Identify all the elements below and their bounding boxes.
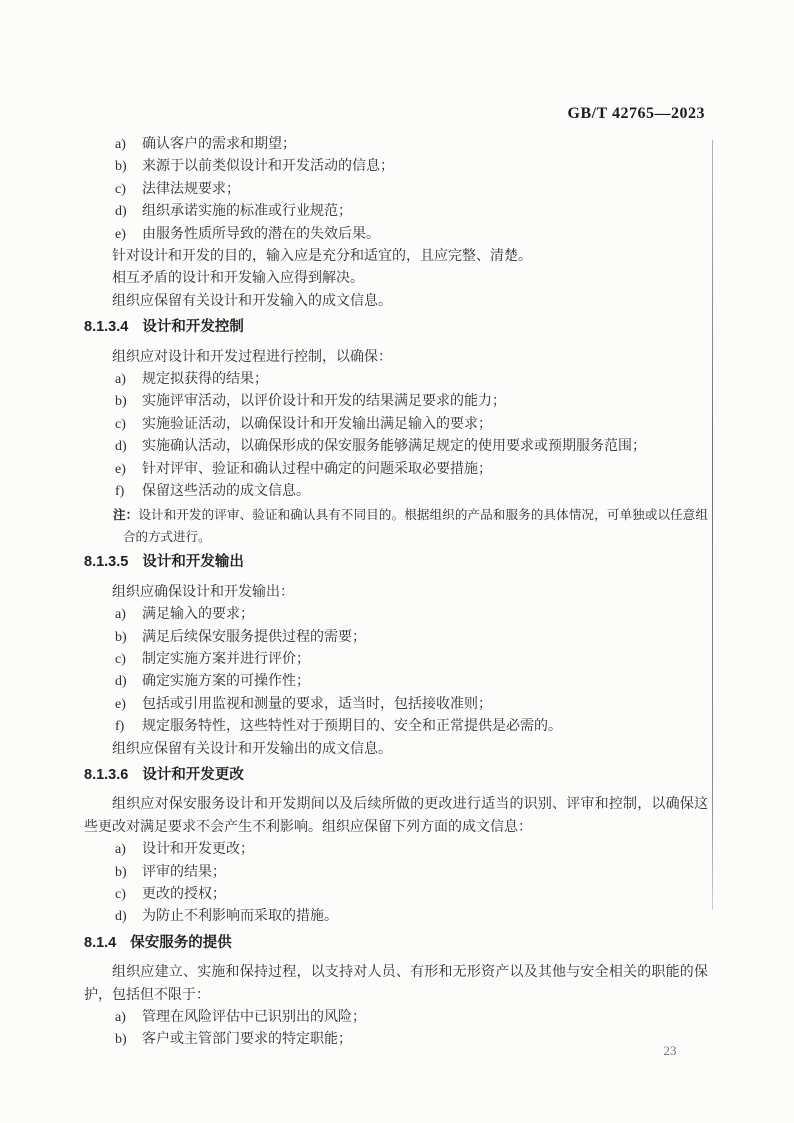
- note-label: 注：: [113, 508, 138, 522]
- paragraph: 组织应建立、实施和保持过程，以支持对人员、有形和无形资产以及其他与安全相关的职能…: [84, 962, 708, 1007]
- paragraph: 相互矛盾的设计和开发输入应得到解决。: [84, 268, 708, 290]
- list-item-text: 来源于以前类似设计和开发活动的信息；: [142, 156, 708, 178]
- list-item-label: a): [115, 839, 142, 861]
- list-item: e) 针对评审、验证和确认过程中确定的问题采取必要措施；: [84, 459, 708, 481]
- list-item-text: 实施确认活动，以确保形成的保安服务能够满足规定的使用要求或预期服务范围；: [142, 436, 708, 458]
- list-item: b) 满足后续保安服务提供过程的需要；: [84, 627, 708, 649]
- list-item-text: 确定实施方案的可操作性；: [142, 671, 708, 693]
- document-page: GB/T 42765—2023 a) 确认客户的需求和期望； b) 来源于以前类…: [0, 0, 794, 1123]
- section-title: 设计和开发控制: [142, 319, 244, 335]
- section-number: 8.1.4: [84, 935, 116, 951]
- list-item: e) 由服务性质所导致的潜在的失效后果。: [84, 224, 708, 246]
- list-item: a) 满足输入的要求；: [84, 604, 708, 626]
- list-item-label: e): [115, 459, 142, 481]
- section-heading-8135: 8.1.3.5设计和开发输出: [84, 551, 708, 573]
- list-item-text: 为防止不利影响而采取的措施。: [142, 906, 708, 928]
- list-item-label: a): [115, 1007, 142, 1029]
- list-item-text: 法律法规要求；: [142, 179, 708, 201]
- note-text: 设计和开发的评审、验证和确认具有不同目的。根据组织的产品和服务的具体情况，可单独…: [123, 508, 708, 544]
- list-item-label: b): [115, 627, 142, 649]
- note: 注：设计和开发的评审、验证和确认具有不同目的。根据组织的产品和服务的具体情况，可…: [113, 504, 708, 549]
- paragraph: 组织应保留有关设计和开发输入的成文信息。: [84, 291, 708, 313]
- list-item-label: c): [115, 414, 142, 436]
- list-item-label: c): [115, 884, 142, 906]
- paragraph: 组织应保留有关设计和开发输出的成文信息。: [84, 739, 708, 761]
- list-item-text: 针对评审、验证和确认过程中确定的问题采取必要措施；: [142, 459, 708, 481]
- list-item-label: d): [115, 201, 142, 223]
- list-item-text: 实施评审活动，以评价设计和开发的结果满足要求的能力；: [142, 391, 708, 413]
- list-item: a) 规定拟获得的结果；: [84, 369, 708, 391]
- list-item-label: b): [115, 862, 142, 884]
- list-item-text: 规定服务特性，这些特性对于预期目的、安全和正常提供是必需的。: [142, 716, 708, 738]
- list-item-label: e): [115, 694, 142, 716]
- section-heading-8136: 8.1.3.6设计和开发更改: [84, 764, 708, 786]
- list-item: d) 实施确认活动，以确保形成的保安服务能够满足规定的使用要求或预期服务范围；: [84, 436, 708, 458]
- list-item-text: 实施验证活动，以确保设计和开发输出满足输入的要求；: [142, 414, 708, 436]
- section-heading-8134: 8.1.3.4设计和开发控制: [84, 316, 708, 338]
- list-item-label: d): [115, 671, 142, 693]
- list-item-label: a): [115, 134, 142, 156]
- list-item: c) 法律法规要求；: [84, 179, 708, 201]
- section-title: 设计和开发更改: [142, 767, 244, 783]
- list-item-label: a): [115, 604, 142, 626]
- list-item: a) 确认客户的需求和期望；: [84, 134, 708, 156]
- paragraph: 针对设计和开发的目的，输入应是充分和适宜的，且应完整、清楚。: [84, 246, 708, 268]
- list-item: a) 管理在风险评估中已识别出的风险；: [84, 1007, 708, 1029]
- list-item-text: 由服务性质所导致的潜在的失效后果。: [142, 224, 708, 246]
- list-item-text: 评审的结果；: [142, 862, 708, 884]
- section-number: 8.1.3.6: [84, 767, 128, 783]
- list-item-label: a): [115, 369, 142, 391]
- list-item: d) 为防止不利影响而采取的措施。: [84, 906, 708, 928]
- list-item-text: 确认客户的需求和期望；: [142, 134, 708, 156]
- list-item-label: c): [115, 649, 142, 671]
- list-item-text: 满足后续保安服务提供过程的需要；: [142, 627, 708, 649]
- list-item-text: 客户或主管部门要求的特定职能；: [142, 1029, 708, 1051]
- section-heading-814: 8.1.4保安服务的提供: [84, 932, 708, 954]
- page-content: a) 确认客户的需求和期望； b) 来源于以前类似设计和开发活动的信息； c) …: [84, 134, 708, 1052]
- section-title: 设计和开发输出: [142, 554, 244, 570]
- list-item-text: 满足输入的要求；: [142, 604, 708, 626]
- list-item-text: 组织承诺实施的标准或行业规范；: [142, 201, 708, 223]
- list-item: b) 实施评审活动，以评价设计和开发的结果满足要求的能力；: [84, 391, 708, 413]
- list-item-label: b): [115, 391, 142, 413]
- list-item-text: 更改的授权；: [142, 884, 708, 906]
- list-item-text: 包括或引用监视和测量的要求，适当时，包括接收准则；: [142, 694, 708, 716]
- list-item: b) 来源于以前类似设计和开发活动的信息；: [84, 156, 708, 178]
- list-item-text: 管理在风险评估中已识别出的风险；: [142, 1007, 708, 1029]
- list-item-label: b): [115, 156, 142, 178]
- section-number: 8.1.3.5: [84, 554, 128, 570]
- list-item-label: e): [115, 224, 142, 246]
- list-item-text: 规定拟获得的结果；: [142, 369, 708, 391]
- paragraph: 组织应确保设计和开发输出：: [84, 582, 708, 604]
- list-item: e) 包括或引用监视和测量的要求，适当时，包括接收准则；: [84, 694, 708, 716]
- list-item: d) 确定实施方案的可操作性；: [84, 671, 708, 693]
- list-item-label: d): [115, 436, 142, 458]
- list-item-label: b): [115, 1029, 142, 1051]
- list-item: d) 组织承诺实施的标准或行业规范；: [84, 201, 708, 223]
- paragraph: 组织应对设计和开发过程进行控制，以确保：: [84, 347, 708, 369]
- list-item: c) 实施验证活动，以确保设计和开发输出满足输入的要求；: [84, 414, 708, 436]
- list-item-text: 设计和开发更改；: [142, 839, 708, 861]
- list-item-label: d): [115, 906, 142, 928]
- list-item: b) 评审的结果；: [84, 862, 708, 884]
- list-item: c) 更改的授权；: [84, 884, 708, 906]
- paragraph: 组织应对保安服务设计和开发期间以及后续所做的更改进行适当的识别、评审和控制，以确…: [84, 794, 708, 839]
- scan-edge-line: [712, 140, 713, 910]
- list-item: f) 规定服务特性，这些特性对于预期目的、安全和正常提供是必需的。: [84, 716, 708, 738]
- list-item-label: f): [115, 481, 142, 503]
- list-item: f) 保留这些活动的成文信息。: [84, 481, 708, 503]
- section-title: 保安服务的提供: [130, 935, 232, 951]
- doc-code-header: GB/T 42765—2023: [568, 103, 705, 125]
- page-number: 23: [650, 1040, 690, 1062]
- list-item: c) 制定实施方案并进行评价；: [84, 649, 708, 671]
- list-item-text: 保留这些活动的成文信息。: [142, 481, 708, 503]
- list-item-label: f): [115, 716, 142, 738]
- list-item-text: 制定实施方案并进行评价；: [142, 649, 708, 671]
- list-item-label: c): [115, 179, 142, 201]
- list-item: b) 客户或主管部门要求的特定职能；: [84, 1029, 708, 1051]
- section-number: 8.1.3.4: [84, 319, 128, 335]
- list-item: a) 设计和开发更改；: [84, 839, 708, 861]
